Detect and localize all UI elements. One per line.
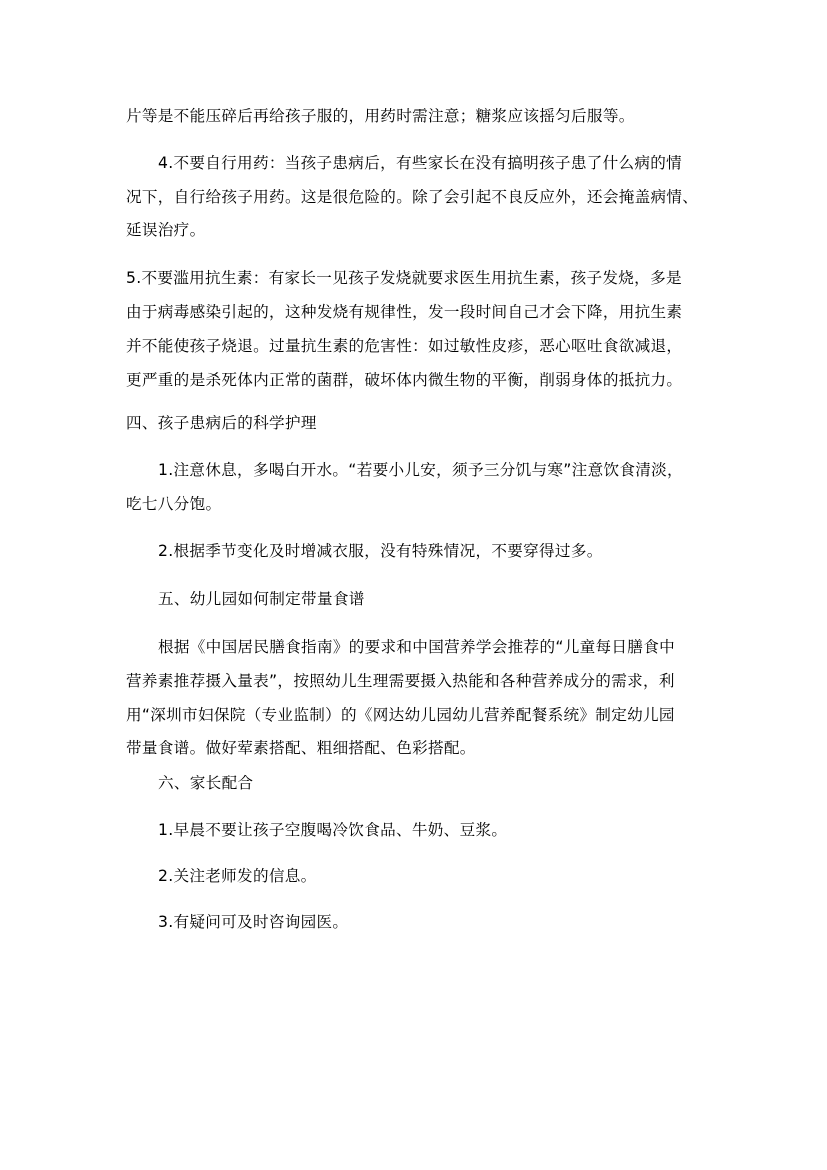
menu-paragraph-line-3: 用“深圳市妇保院（专业监制）的《网达幼儿园幼儿营养配餐系统》制定幼儿园 xyxy=(126,705,675,725)
paragraph-line: 片等是不能压碎后再给孩子服的，用药时需注意；糖浆应该摇匀后服等。 xyxy=(126,106,635,126)
care-item-1-line-2: 吃七八分饱。 xyxy=(126,494,221,514)
list-item-4-line-1: 4.不要自行用药：当孩子患病后，有些家长在没有搞明孩子患了什么病的情 xyxy=(158,153,682,173)
list-item-5-line-1: 5.不要滥用抗生素：有家长一见孩子发烧就要求医生用抗生素，孩子发烧，多是 xyxy=(126,268,682,288)
list-item-4-line-3: 延误治疗。 xyxy=(126,220,205,240)
section-heading-4: 四、孩子患病后的科学护理 xyxy=(126,413,317,433)
section-heading-5: 五、幼儿园如何制定带量食谱 xyxy=(158,589,365,609)
parent-item-3: 3.有疑问可及时咨询园医。 xyxy=(158,912,348,932)
care-item-1-line-1: 1.注意休息，多喝白开水。“若要小儿安，须予三分饥与寒”注意饮食清淡， xyxy=(158,460,683,480)
section-heading-6: 六、家长配合 xyxy=(158,773,253,793)
menu-paragraph-line-2: 营养素推荐摄入量表”，按照幼儿生理需要摄入热能和各种营养成分的需求，利 xyxy=(126,671,675,691)
parent-item-1: 1.早晨不要让孩子空腹喝冷饮食品、牛奶、豆浆。 xyxy=(158,820,507,840)
parent-item-2: 2.关注老师发的信息。 xyxy=(158,866,317,886)
menu-paragraph-line-4: 带量食谱。做好荤素搭配、粗细搭配、色彩搭配。 xyxy=(126,738,476,758)
list-item-5-line-2: 由于病毒感染引起的，这种发烧有规律性，发一段时间自己才会下降，用抗生素 xyxy=(126,302,682,322)
document-page: 片等是不能压碎后再给孩子服的，用药时需注意；糖浆应该摇匀后服等。 4.不要自行用… xyxy=(0,0,827,1170)
care-item-2: 2.根据季节变化及时增减衣服，没有特殊情况，不要穿得过多。 xyxy=(158,541,603,561)
list-item-5-line-4: 更严重的是杀死体内正常的菌群，破坏体内微生物的平衡，削弱身体的抵抗力。 xyxy=(126,370,682,390)
menu-paragraph-line-1: 根据《中国居民膳食指南》的要求和中国营养学会推荐的“儿童每日膳食中 xyxy=(158,637,675,657)
list-item-5-line-3: 并不能使孩子烧退。过量抗生素的危害性：如过敏性皮疹，恶心呕吐食欲减退， xyxy=(126,336,682,356)
list-item-4-line-2: 况下，自行给孩子用药。这是很危险的。除了会引起不良反应外，还会掩盖病情、 xyxy=(126,187,698,207)
